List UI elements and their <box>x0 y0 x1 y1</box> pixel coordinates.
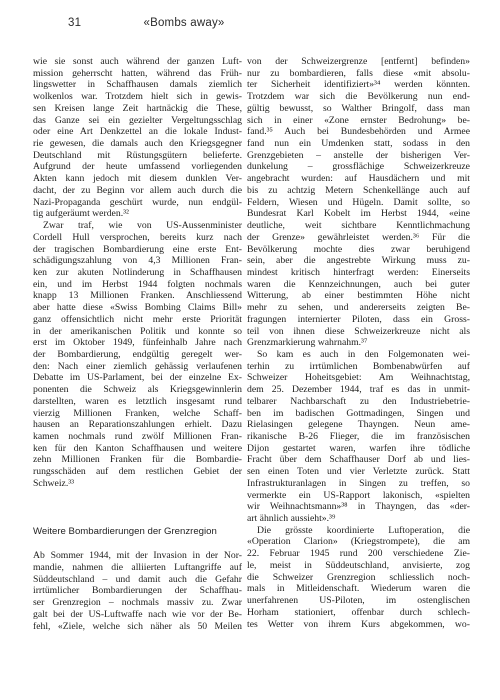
text-line: Zwar traf, wie von US-Aussenminister <box>33 220 242 232</box>
text-line: waren die Kennzeichnungen, auch bei gute… <box>247 279 470 291</box>
text-line: unerfahrenen US-Piloten, im ostenglische… <box>247 595 470 607</box>
text-line: ser Grenzregion – nochmals massiv zu. Zw… <box>33 597 242 609</box>
text-line: den: Nach einer ziemlich gehässig verlau… <box>33 361 242 373</box>
text-line: bis zu achtzig Metern Schenkellänge auch… <box>247 185 470 197</box>
text-line: ter Sicherheit identifiziert»³⁴ werden k… <box>247 79 470 91</box>
text-line: schädigungszahlung von 4,3 Millionen Fra… <box>33 255 242 267</box>
text-line: kamen nochmals rund zwölf Millionen Fran… <box>33 431 242 443</box>
text-line: Nazi-Propaganda geschürt wurde, nun endg… <box>33 197 242 209</box>
text-line: lingswetter in Schaffhausen damals zieml… <box>33 79 242 91</box>
text-line: wir Weihnachtsmann»³⁸ in Thayngen, das «… <box>247 501 470 513</box>
text-line: zehn Millionen Franken für die Bombardie… <box>33 454 242 466</box>
text-line: Infrastrukturanlagen in Singen zu treffe… <box>247 478 470 490</box>
text-line: Ab Sommer 1944, mit der Invasion in der … <box>33 550 242 562</box>
text-line: mission geherrscht hatten, während das F… <box>33 68 242 80</box>
text-line: ben im badischen Gottmadingen, Singen un… <box>247 408 470 420</box>
text-line: Schweiz.³³ <box>33 478 242 490</box>
text-line: irrtümlicher Bombardierungen der Schaffh… <box>33 585 242 597</box>
text-line: das Ganze sei ein gezielter Vergeltungss… <box>33 115 242 127</box>
text-line: die Schweizer Grenzregion schliesslich n… <box>247 572 470 584</box>
text-line: Horham stationiert, offenbar durch schle… <box>247 607 470 619</box>
text-line: Bundesrat Karl Kobelt im Herbst 1944, «e… <box>247 208 470 220</box>
paragraph: So kam es auch in den Folgemonaten wei-t… <box>247 349 470 525</box>
text-line: mals in Mitleidenschaft. Wiederum waren … <box>247 583 470 595</box>
text-line: Bevölkerung mochte dies zwar beruhigend <box>247 244 470 256</box>
text-line: rikanische B-26 Flieger, die im französi… <box>247 431 470 443</box>
text-line: sen Kreisen lange Zeit hartnäckig die Th… <box>33 103 242 115</box>
text-line: sich in einer «Zone ernster Bedrohung» b… <box>247 115 470 127</box>
text-line: rungsschäden auf dem restlichen Gebiet d… <box>33 466 242 478</box>
text-line: mindest kritisch hinterfragt werden: Ein… <box>247 267 470 279</box>
running-header: 31 «Bombs away» <box>0 17 500 31</box>
text-line: oder eine Art Denkzettel an die lokale I… <box>33 126 242 138</box>
text-line: vierzig Millionen Franken, welche Schaff… <box>33 408 242 420</box>
text-line: der Grenze» gewährleistet werden.³⁶ Für … <box>247 232 470 244</box>
text-line: sen einen Toten und vier Verletzte zurüc… <box>247 466 470 478</box>
text-line: aber hatte diese «Swiss Bombing Claims B… <box>33 302 242 314</box>
text-line: der tragischen Bombardierung eine erste … <box>33 244 242 256</box>
text-line: ganz offensichtlich nicht mehr erste Pri… <box>33 314 242 326</box>
text-line: vermerkte ein US-Rapport lakonisch, «spi… <box>247 490 470 502</box>
text-line: in der amerikanischen Politik und konnte… <box>33 326 242 338</box>
text-line: rie gewesen, die damals auch den Kriegsg… <box>33 138 242 150</box>
text-line: nur zu bombardieren, falls diese «mit ab… <box>247 68 470 80</box>
text-line: Schweizer Hoheitsgebiet: Am Weihnachtsta… <box>247 372 470 384</box>
text-line: So kam es auch in den Folgemonaten wei- <box>247 349 470 361</box>
paragraph: Die grösste koordinierte Luftoperation, … <box>247 525 470 630</box>
text-line: angebracht wurden: auf Hausdächern und m… <box>247 173 470 185</box>
text-line: Feldern, Wiesen und Hügeln. Damit sollte… <box>247 197 470 209</box>
text-line: Dijon gestartet waren, warfen ihre tödli… <box>247 443 470 455</box>
text-column-left: wie sie sonst auch während der ganzen Lu… <box>33 56 242 632</box>
text-line: von der Schweizergrenze [entfernt] befin… <box>247 56 470 68</box>
text-line: deutliche, weit sichtbare Kenntlichmachu… <box>247 220 470 232</box>
text-line: art ähnlich aussieht».³⁹ <box>247 513 470 525</box>
text-line: Die grösste koordinierte Luftoperation, … <box>247 525 470 537</box>
chapter-title: «Bombs away» <box>89 17 279 29</box>
text-line: ponenten die Schweiz als Kriegsgewinnler… <box>33 384 242 396</box>
text-line: Grenzmarkierung wahrnahm.³⁷ <box>247 337 470 349</box>
text-line: darstellten, waren es letztlich insgesam… <box>33 396 242 408</box>
text-line: Deutschland mit Rüstungsgütern beliefert… <box>33 150 242 162</box>
text-line: wolkenlos war. Trotzdem hielt sich in ge… <box>33 91 242 103</box>
text-line: Aufgrund der heute umfassend vorliegende… <box>33 161 242 173</box>
text-line: fragungen internierter Piloten, dass ein… <box>247 314 470 326</box>
page-number: 31 <box>68 17 81 29</box>
text-line: Süddeutschland – und damit auch die Gefa… <box>33 574 242 586</box>
paragraph: von der Schweizergrenze [entfernt] befin… <box>247 56 470 349</box>
text-line: Trotzdem war sich die Bevölkerung nun en… <box>247 91 470 103</box>
text-line: sein, aber die angestrebte Wirkung muss … <box>247 255 470 267</box>
text-line: erst im Oktober 1949, fünfeinhalb Jahre … <box>33 337 242 349</box>
paragraph: wie sie sonst auch während der ganzen Lu… <box>33 56 242 220</box>
text-line: dunkelung – grossflächige Schweizerkreuz… <box>247 161 470 173</box>
book-page: 31 «Bombs away» wie sie sonst auch währe… <box>0 0 500 700</box>
text-line: dem 25. Dezember 1944, traf es das in un… <box>247 384 470 396</box>
text-line: 22. Februar 1945 rund 200 verschiedene Z… <box>247 548 470 560</box>
text-line: fehl, «Ziele, welche sich näher als 50 M… <box>33 621 242 633</box>
text-line: Cordell Hull versprochen, bereits kurz n… <box>33 232 242 244</box>
text-line: ken zur akuten Notlinderung in Schaffhau… <box>33 267 242 279</box>
text-line: Witterung, ab einer bestimmten Höhe nich… <box>247 290 470 302</box>
text-line: «Operation Clarion» (Kriegstrompete), di… <box>247 536 470 548</box>
text-line: Fracht über dem Schaffhauser Dorf ab und… <box>247 454 470 466</box>
text-line: telbarer Nachbarschaft zu den Industrieb… <box>247 396 470 408</box>
text-line: Rielasingen gelegene Thayngen. Neun ame- <box>247 419 470 431</box>
text-line: Akten kann jedoch mit diesem dunklen Ver… <box>33 173 242 185</box>
text-line: dacht, der zu Beginn vor allem auch durc… <box>33 185 242 197</box>
text-line: fand nun ein Umdenken statt, sodass in d… <box>247 138 470 150</box>
text-line: knapp 13 Millionen Franken. Anschliessen… <box>33 290 242 302</box>
text-line: wie sie sonst auch während der ganzen Lu… <box>33 56 242 68</box>
text-line: galt bei der US-Luftwaffe nach wie vor d… <box>33 609 242 621</box>
paragraph: Zwar traf, wie von US-AussenministerCord… <box>33 220 242 490</box>
text-line: gültig bewusst, so Walther Bringolf, das… <box>247 103 470 115</box>
text-line: le, meist in Süddeutschland, anvisierte,… <box>247 560 470 572</box>
text-line: tig aufgeräumt werden.³² <box>33 208 242 220</box>
text-line: Grenzgebieten – anstelle der bisherigen … <box>247 150 470 162</box>
section-heading: Weitere Bombardierungen der Grenzregion <box>33 526 242 538</box>
text-line: hausen an Reparationszahlungen erhielt. … <box>33 419 242 431</box>
text-line: ken für den Kanton Schaffhausen und weit… <box>33 443 242 455</box>
text-line: fand.³⁵ Auch bei Bundesbehörden und Arme… <box>247 126 470 138</box>
text-line: tes Wetter von ihrem Kurs abgekommen, wo… <box>247 619 470 631</box>
text-line: teil von ihnen diese Schweizerkreuze nic… <box>247 326 470 338</box>
text-line: mandie, nahmen die alliierten Luftangrif… <box>33 562 242 574</box>
text-line: Debatte im US-Parlament, bei der einzeln… <box>33 372 242 384</box>
text-column-right: von der Schweizergrenze [entfernt] befin… <box>247 56 470 630</box>
text-line: mehr zu sehen, und andererseits zeigten … <box>247 302 470 314</box>
paragraph: Ab Sommer 1944, mit der Invasion in der … <box>33 550 242 632</box>
text-line: terhin zu irrtümlichen Bombenabwürfen au… <box>247 361 470 373</box>
text-line: der Bombardierung, endgültig geregelt we… <box>33 349 242 361</box>
text-line: ein, und im Herbst 1944 folgten nochmals <box>33 279 242 291</box>
